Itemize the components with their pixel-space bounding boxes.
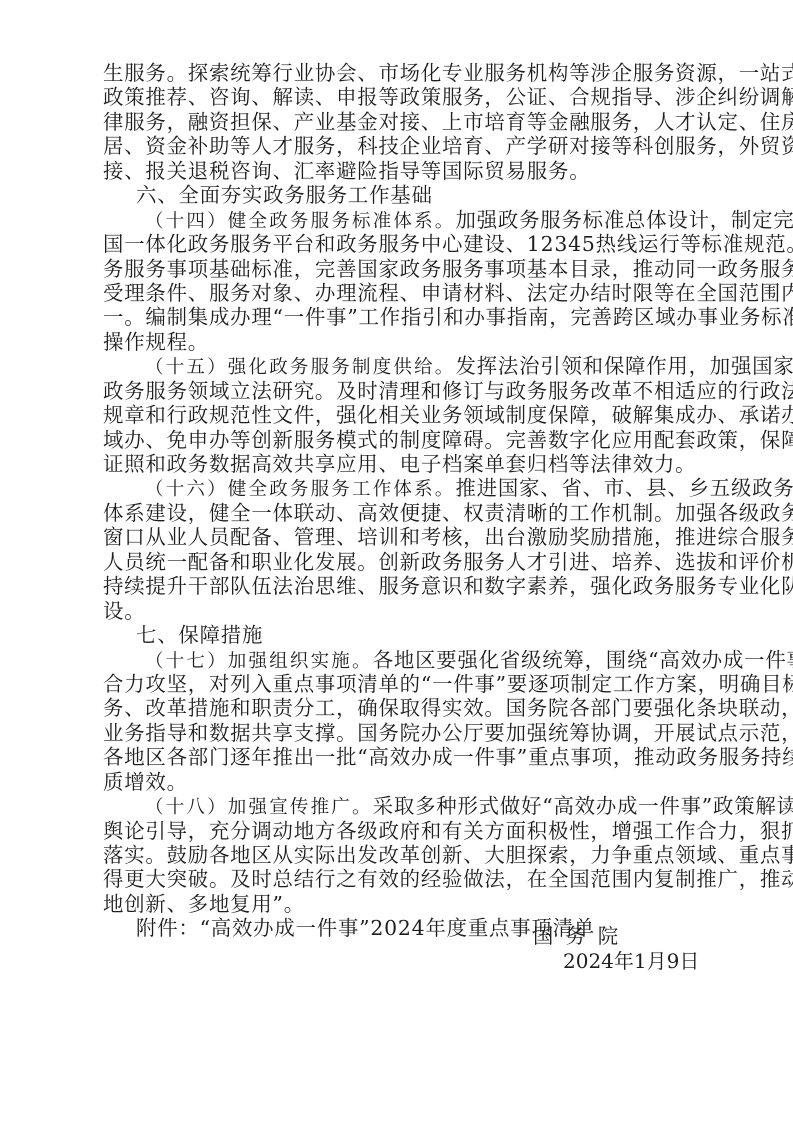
text-line: 人员统一配备和职业化发展。创新政务服务人才引进、培养、选拔和评价机制， [103,550,698,574]
text-line: 务服务事项基础标准，完善国家政务服务事项基本目录，推动同一政务服务事项 [103,257,698,281]
text-line: 域办、免申办等创新服务模式的制度障碍。完善数字化应用配套政策，保障电子 [103,428,698,452]
item-title-16: （十六）健全政务服务工作体系。 [145,479,456,500]
text-line: 舆论引导，充分调动地方各级政府和有关方面积极性，增强工作合力，狠抓工作 [103,819,698,843]
text-line: 各地区各部门逐年推出一批“高效办成一件事”重点事项，推动政务服务持续提 [103,745,698,769]
issue-date: 2024年1月9日 [563,949,699,973]
text-line: 政务服务领域立法研究。及时清理和修订与政务服务改革不相适应的行政法规、 [103,379,698,403]
text-line: 持续提升干部队伍法治思维、服务意识和数字素养，强化政务服务专业化队伍建 [103,574,698,598]
paragraph-item-15: （十五）强化政务服务制度供给。发挥法治引领和保障作用，加强国家层面 政务服务领域… [103,354,698,476]
text-line: 规章和行政规范性文件，强化相关业务领域制度保障，破解集成办、承诺办、跨 [103,403,698,427]
text-line: 律服务，融资担保、产业基金对接、上市培育等金融服务，人才认定、住房安 [103,110,698,134]
continuation-paragraph: 生服务。探索统筹行业协会、市场化专业服务机构等涉企服务资源，一站式提供 政策推荐… [103,61,698,183]
issuer-signature: 国务院 [533,924,630,948]
item-title-15: （十五）强化政务服务制度供给。 [145,357,456,378]
text-line: 接、报关退税咨询、汇率避险指导等国际贸易服务。 [103,159,698,183]
item-title-14: （十四）健全政务服务标准体系。 [145,211,456,232]
text-line: 操作规程。 [103,330,698,354]
item-text: 推进国家、省、市、县、乡五级政务服务 [456,476,793,500]
text-line: 落实。鼓励各地区从实际出发改革创新、大胆探索，力争重点领域、重点事项取 [103,843,698,867]
text-line: 受理条件、服务对象、办理流程、申请材料、法定办结时限等在全国范围内统 [103,281,698,305]
item-text: 发挥法治引领和保障作用，加强国家层面 [456,354,793,378]
text-line: 一。编制集成办理“一件事”工作指引和办事指南，完善跨区域办事业务标准和 [103,305,698,329]
text-line: 政策推荐、咨询、解读、申报等政策服务，公证、合规指导、涉企纠纷调解等法 [103,85,698,109]
text-line: 质增效。 [103,770,698,794]
item-title-17: （十七）加强组织实施。 [145,651,373,672]
paragraph-item-16: （十六）健全政务服务工作体系。推进国家、省、市、县、乡五级政务服务 体系建设，健… [103,476,698,623]
text-line: 生服务。探索统筹行业协会、市场化专业服务机构等涉企服务资源，一站式提供 [103,61,698,85]
document-page: 生服务。探索统筹行业协会、市场化专业服务机构等涉企服务资源，一站式提供 政策推荐… [103,61,698,941]
text-line: 窗口从业人员配备、管理、培训和考核，出台激励奖励措施，推进综合服务窗口 [103,525,698,549]
item-text: 各地区要强化省级统筹，围绕“高效办成一件事” [373,648,793,672]
paragraph-item-18: （十八）加强宣传推广。采取多种形式做好“高效办成一件事”政策解读和 舆论引导，充… [103,794,698,916]
section-heading-6: 六、全面夯实政务服务工作基础 [103,183,698,207]
text-line: 体系建设，健全一体联动、高效便捷、权责清晰的工作机制。加强各级政务服务 [103,501,698,525]
item-text: 采取多种形式做好“高效办成一件事”政策解读和 [373,794,793,818]
item-title-18: （十八）加强宣传推广。 [145,797,373,818]
paragraph-item-17: （十七）加强组织实施。各地区要强化省级统筹，围绕“高效办成一件事” 合力攻坚，对… [103,648,698,795]
text-line: 证照和政务数据高效共享应用、电子档案单套归档等法律效力。 [103,452,698,476]
text-line: 国一体化政务服务平台和政务服务中心建设、12345热线运行等标准规范。健全政 [103,232,698,256]
text-line: 务、改革措施和职责分工，确保取得实效。国务院各部门要强化条块联动，加强 [103,696,698,720]
text-line: 地创新、多地复用”。 [103,892,698,916]
text-line: 设。 [103,599,698,623]
text-line: 业务指导和数据共享支撑。国务院办公厅要加强统筹协调，开展试点示范，组织 [103,721,698,745]
text-line: 合力攻坚，对列入重点事项清单的“一件事”要逐项制定工作方案，明确目标任 [103,672,698,696]
paragraph-item-14: （十四）健全政务服务标准体系。加强政务服务标准总体设计，制定完善全 国一体化政务… [103,208,698,355]
text-line: 居、资金补助等人才服务，科技企业培育、产学研对接等科创服务，外贸资源对 [103,134,698,158]
text-line: 得更大突破。及时总结行之有效的经验做法，在全国范围内复制推广，推动“一 [103,867,698,891]
section-heading-7: 七、保障措施 [103,623,698,647]
item-text: 加强政务服务标准总体设计，制定完善全 [456,208,793,232]
